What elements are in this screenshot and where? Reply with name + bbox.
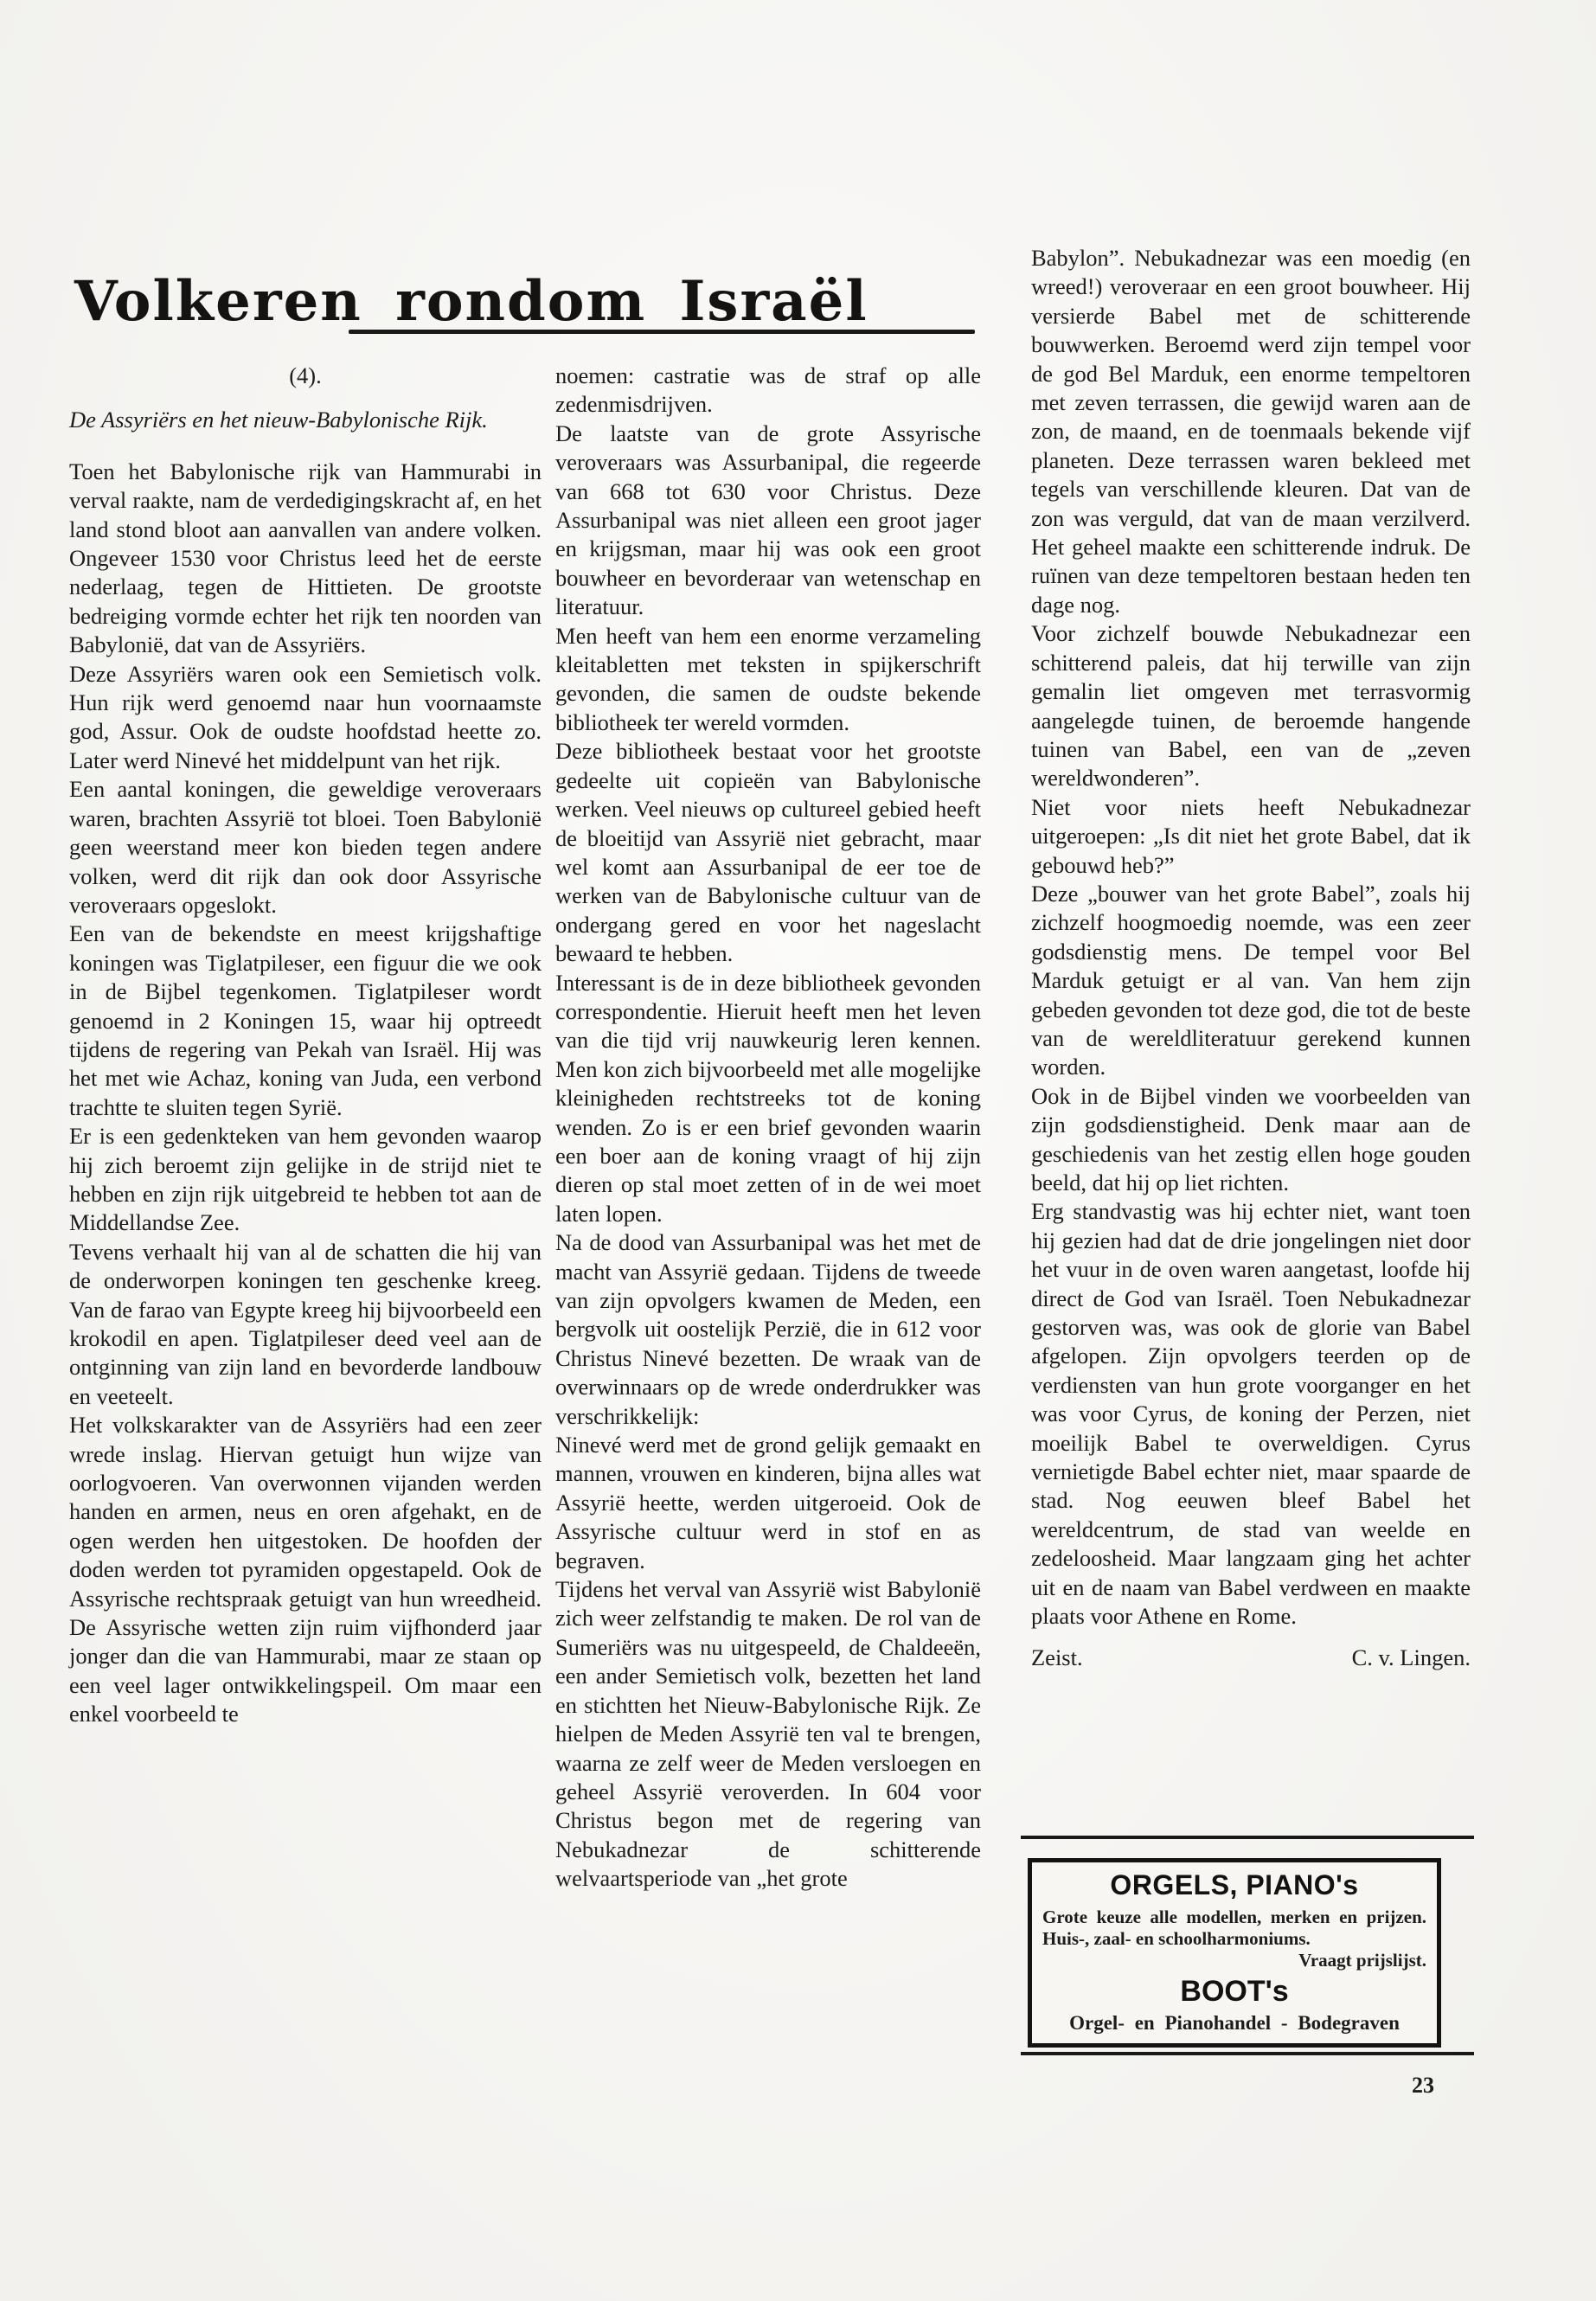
paragraph: Toen het Babylonische rijk van Hammurabi… (69, 458, 542, 660)
paragraph: Men heeft van hem een enorme verzameling… (555, 622, 981, 738)
paragraph: Niet voor niets heeft Nebukadnezar uitge… (1031, 793, 1471, 880)
paragraph: Na de dood van Assurbanipal was het met … (555, 1228, 981, 1431)
paragraph: Babylon”. Nebukadnezar was een moedig (e… (1031, 244, 1471, 619)
ad-brand-name: BOOT's (1042, 1975, 1426, 2009)
paragraph: Tijdens het verval van Assyrië wist Baby… (555, 1575, 981, 1893)
page-title: Volkeren rondom Israël (74, 269, 869, 334)
paragraph: Er is een gedenkteken van hem gevonden w… (69, 1122, 542, 1238)
paragraph: De laatste van de grote Assyrische verov… (555, 420, 981, 622)
article-subtitle: De Assyriërs en het nieuw-Babylonische R… (69, 406, 542, 434)
ad-body-text: Grote keuze alle modellen, merken en pri… (1042, 1907, 1426, 1950)
paragraph: noemen: castratie was de straf op alle z… (555, 362, 981, 420)
ad-footer-line: Orgel- en Pianohandel - Bodegraven (1042, 2012, 1426, 2035)
paragraph: Deze bibliotheek bestaat voor het groots… (555, 737, 981, 968)
paragraph: Ook in de Bijbel vinden we voorbeelden v… (1031, 1082, 1471, 1198)
article-column-right: Babylon”. Nebukadnezar was een moedig (e… (1031, 244, 1471, 1672)
scanned-magazine-page: Volkeren rondom Israël (4). De Assyriërs… (0, 0, 1596, 2301)
signature-author: C. v. Lingen. (1352, 1644, 1471, 1672)
ad-price-list-note: Vraagt prijslijst. (1042, 1950, 1426, 1971)
rule-below-ad (1021, 2052, 1474, 2055)
paragraph: Voor zichzelf bouwde Nebukadnezar een sc… (1031, 619, 1471, 792)
paragraph: Ninevé werd met de grond gelijk gemaakt … (555, 1431, 981, 1575)
ad-headline: ORGELS, PIANO's (1042, 1869, 1426, 1901)
article-column-middle: noemen: castratie was de straf op alle z… (555, 362, 981, 1894)
article-signature: Zeist. C. v. Lingen. (1031, 1644, 1471, 1672)
article-column-left: (4). De Assyriërs en het nieuw-Babylonis… (69, 362, 542, 1729)
paragraph: Deze „bouwer van het grote Babel”, zoals… (1031, 880, 1471, 1082)
paragraph: Het volkskarakter van de Assyriërs had e… (69, 1411, 542, 1728)
paragraph: Interessant is de in deze bibliotheek ge… (555, 969, 981, 1229)
title-underline-rule (349, 330, 975, 334)
installment-number: (4). (69, 362, 542, 390)
paragraph: Een aantal koningen, die geweldige verov… (69, 775, 542, 920)
paragraph: Tevens verhaalt hij van al de schatten d… (69, 1238, 542, 1411)
page-number: 23 (1412, 2073, 1434, 2099)
advertisement-box: ORGELS, PIANO's Grote keuze alle modelle… (1028, 1858, 1441, 2048)
signature-place: Zeist. (1031, 1644, 1083, 1672)
paragraph: Een van de bekendste en meest krijgshaft… (69, 920, 542, 1122)
paragraph: Erg standvastig was hij echter niet, wan… (1031, 1197, 1471, 1631)
paragraph: Deze Assyriërs waren ook een Semietisch … (69, 660, 542, 776)
rule-above-ad (1021, 1836, 1474, 1839)
